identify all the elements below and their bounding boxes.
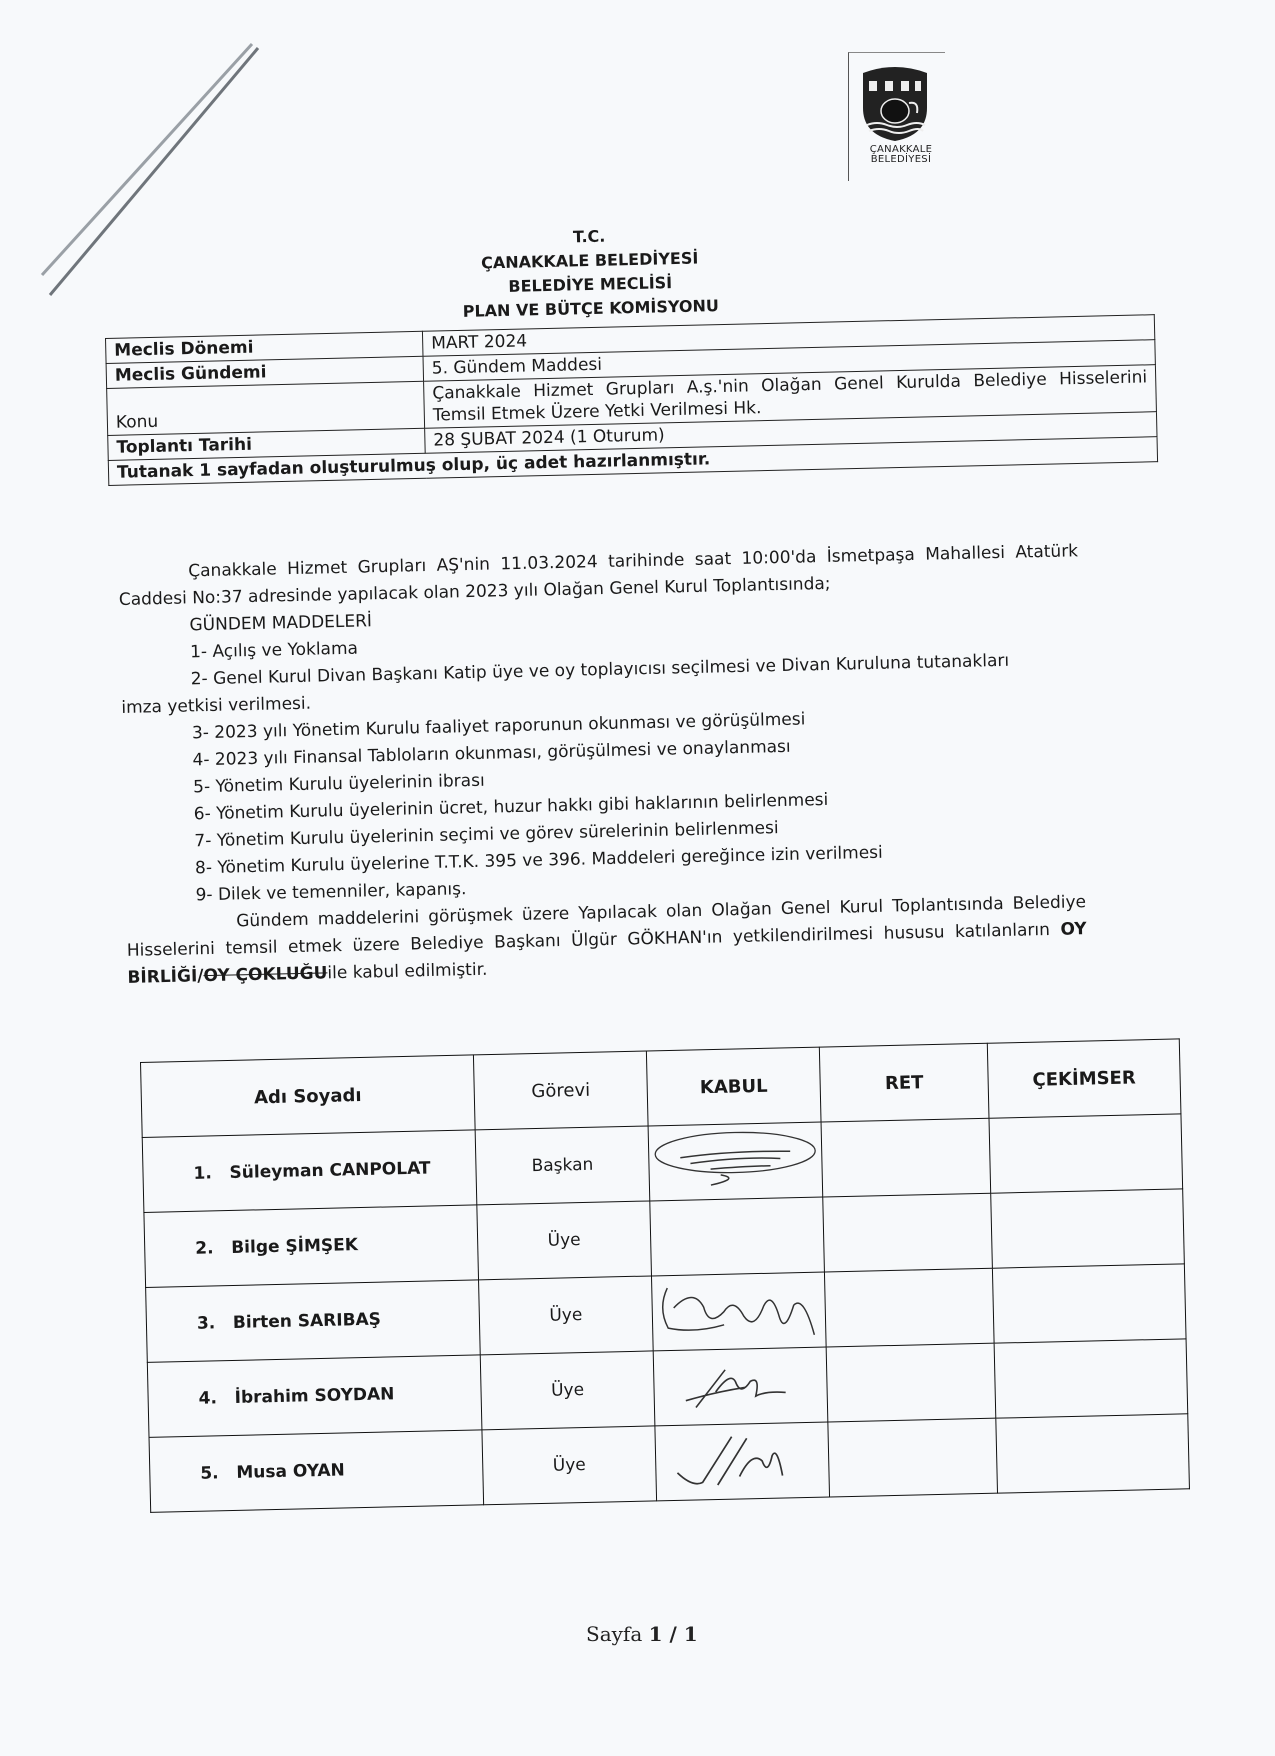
document-page: ÇANAKKALE BELEDİYESİ T.C. ÇANAKKALE BELE…	[0, 0, 1275, 1756]
abstain-cell	[989, 1114, 1183, 1193]
member-role: Üye	[482, 1426, 657, 1505]
meeting-info-table: Meclis Dönemi MART 2024 Meclis Gündemi 5…	[105, 314, 1158, 486]
header-accept: KABUL	[646, 1047, 821, 1126]
reject-cell	[821, 1118, 991, 1197]
member-name: 1.Süleyman CANPOLAT	[142, 1130, 477, 1213]
accept-cell	[653, 1347, 828, 1426]
accept-cell	[655, 1422, 830, 1501]
scan-artifact-line	[20, 40, 260, 300]
page-label: Sayfa	[586, 1622, 642, 1646]
member-name: 3.Birten SARIBAŞ	[146, 1280, 481, 1363]
member-role: Üye	[477, 1201, 652, 1280]
reject-cell	[824, 1268, 994, 1347]
minutes-body: Çanakkale Hizmet Grupları AŞ'nin 11.03.2…	[118, 538, 1088, 992]
member-name: 4.İbrahim SOYDAN	[147, 1355, 482, 1438]
accept-cell	[648, 1122, 823, 1201]
reject-cell	[828, 1418, 998, 1497]
signature-icon	[655, 1350, 827, 1424]
vote-table: Adı Soyadı Görevi KABUL RET ÇEKİMSER 1.S…	[140, 1038, 1190, 1512]
signature-icon	[656, 1425, 828, 1499]
member-role: Üye	[479, 1276, 654, 1355]
member-name: 5.Musa OYAN	[149, 1430, 484, 1513]
page-footer: Sayfa 1 / 1	[586, 1622, 698, 1646]
reject-cell	[826, 1343, 996, 1422]
logo-caption: ÇANAKKALE BELEDİYESİ	[859, 145, 943, 165]
canakkale-municipality-crest-icon	[857, 63, 933, 143]
abstain-cell	[994, 1339, 1188, 1418]
member-role: Başkan	[475, 1126, 650, 1205]
page-number: 1 / 1	[649, 1622, 698, 1646]
member-role: Üye	[480, 1351, 655, 1430]
document-heading: T.C. ÇANAKKALE BELEDİYESİ BELEDİYE MECLİ…	[379, 220, 801, 326]
abstain-cell	[996, 1414, 1190, 1493]
signature-icon	[650, 1125, 822, 1199]
accept-cell	[651, 1272, 826, 1351]
member-name: 2.Bilge ŞİMŞEK	[144, 1205, 479, 1288]
header-name: Adı Soyadı	[141, 1055, 476, 1138]
header-role: Görevi	[473, 1051, 648, 1130]
abstain-cell	[991, 1189, 1185, 1268]
accept-cell	[650, 1197, 825, 1276]
reject-cell	[823, 1193, 993, 1272]
header-abstain: ÇEKİMSER	[987, 1039, 1181, 1118]
municipality-logo: ÇANAKKALE BELEDİYESİ	[848, 52, 945, 181]
abstain-cell	[992, 1264, 1186, 1343]
vote-result-struck: OY ÇOKLUĞU	[203, 963, 327, 986]
signature-icon	[653, 1275, 825, 1349]
header-reject: RET	[819, 1043, 989, 1122]
